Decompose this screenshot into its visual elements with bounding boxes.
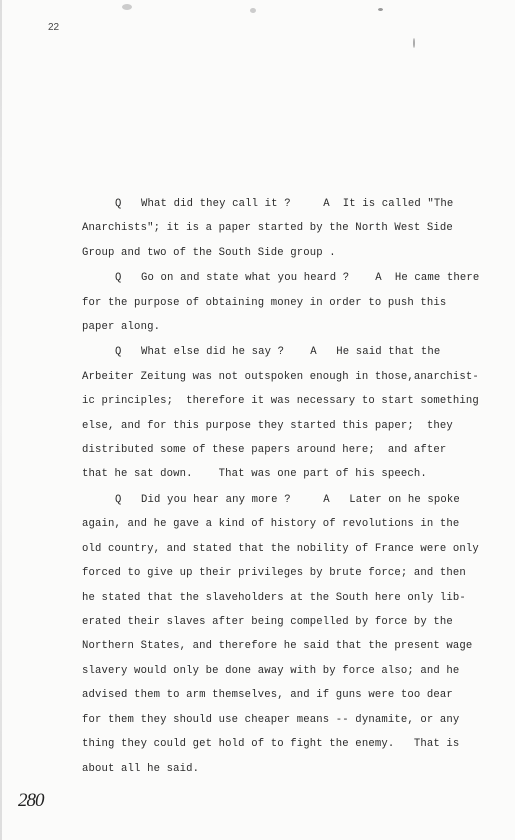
text-line: else, and for this purpose they started … — [82, 419, 453, 433]
question-line: Q Did you hear any more ? A Later on he … — [115, 493, 460, 507]
text-line: Anarchists"; it is a paper started by th… — [82, 221, 453, 235]
text-line: about all he said. — [82, 762, 199, 776]
text-line: Northern States, and therefore he said t… — [82, 639, 472, 653]
text-line: advised them to arm themselves, and if g… — [82, 688, 453, 702]
text-line: ic principles; therefore it was necessar… — [82, 394, 479, 408]
text-line: Arbeiter Zeitung was not outspoken enoug… — [82, 370, 479, 384]
question-line: Q What else did he say ? A He said that … — [115, 345, 440, 359]
text-line: he stated that the slaveholders at the S… — [82, 591, 466, 605]
text-line: old country, and stated that the nobilit… — [82, 542, 479, 556]
text-line: for the purpose of obtaining money in or… — [82, 296, 446, 310]
text-line: Group and two of the South Side group . — [82, 246, 336, 260]
text-line: for them they should use cheaper means -… — [82, 713, 459, 727]
text-line: erated their slaves after being compelle… — [82, 615, 453, 629]
handwritten-page-number: 280 — [18, 790, 44, 812]
text-line: forced to give up their privileges by br… — [82, 566, 466, 580]
text-line: again, and he gave a kind of history of … — [82, 517, 459, 531]
text-line: that he sat down. That was one part of h… — [82, 467, 427, 481]
page-edge — [0, 0, 2, 840]
text-line: slavery would only be done away with by … — [82, 664, 459, 678]
scan-speck — [250, 8, 256, 13]
text-line: distributed some of these papers around … — [82, 443, 446, 457]
text-line: thing they could get hold of to fight th… — [82, 737, 459, 751]
question-line: Q What did they call it ? A It is called… — [115, 197, 453, 211]
scan-speck — [122, 4, 132, 10]
text-line: paper along. — [82, 320, 160, 334]
scan-speck — [413, 38, 415, 48]
scan-speck — [378, 8, 383, 11]
page-number: 22 — [48, 22, 59, 33]
question-line: Q Go on and state what you heard ? A He … — [115, 271, 479, 285]
